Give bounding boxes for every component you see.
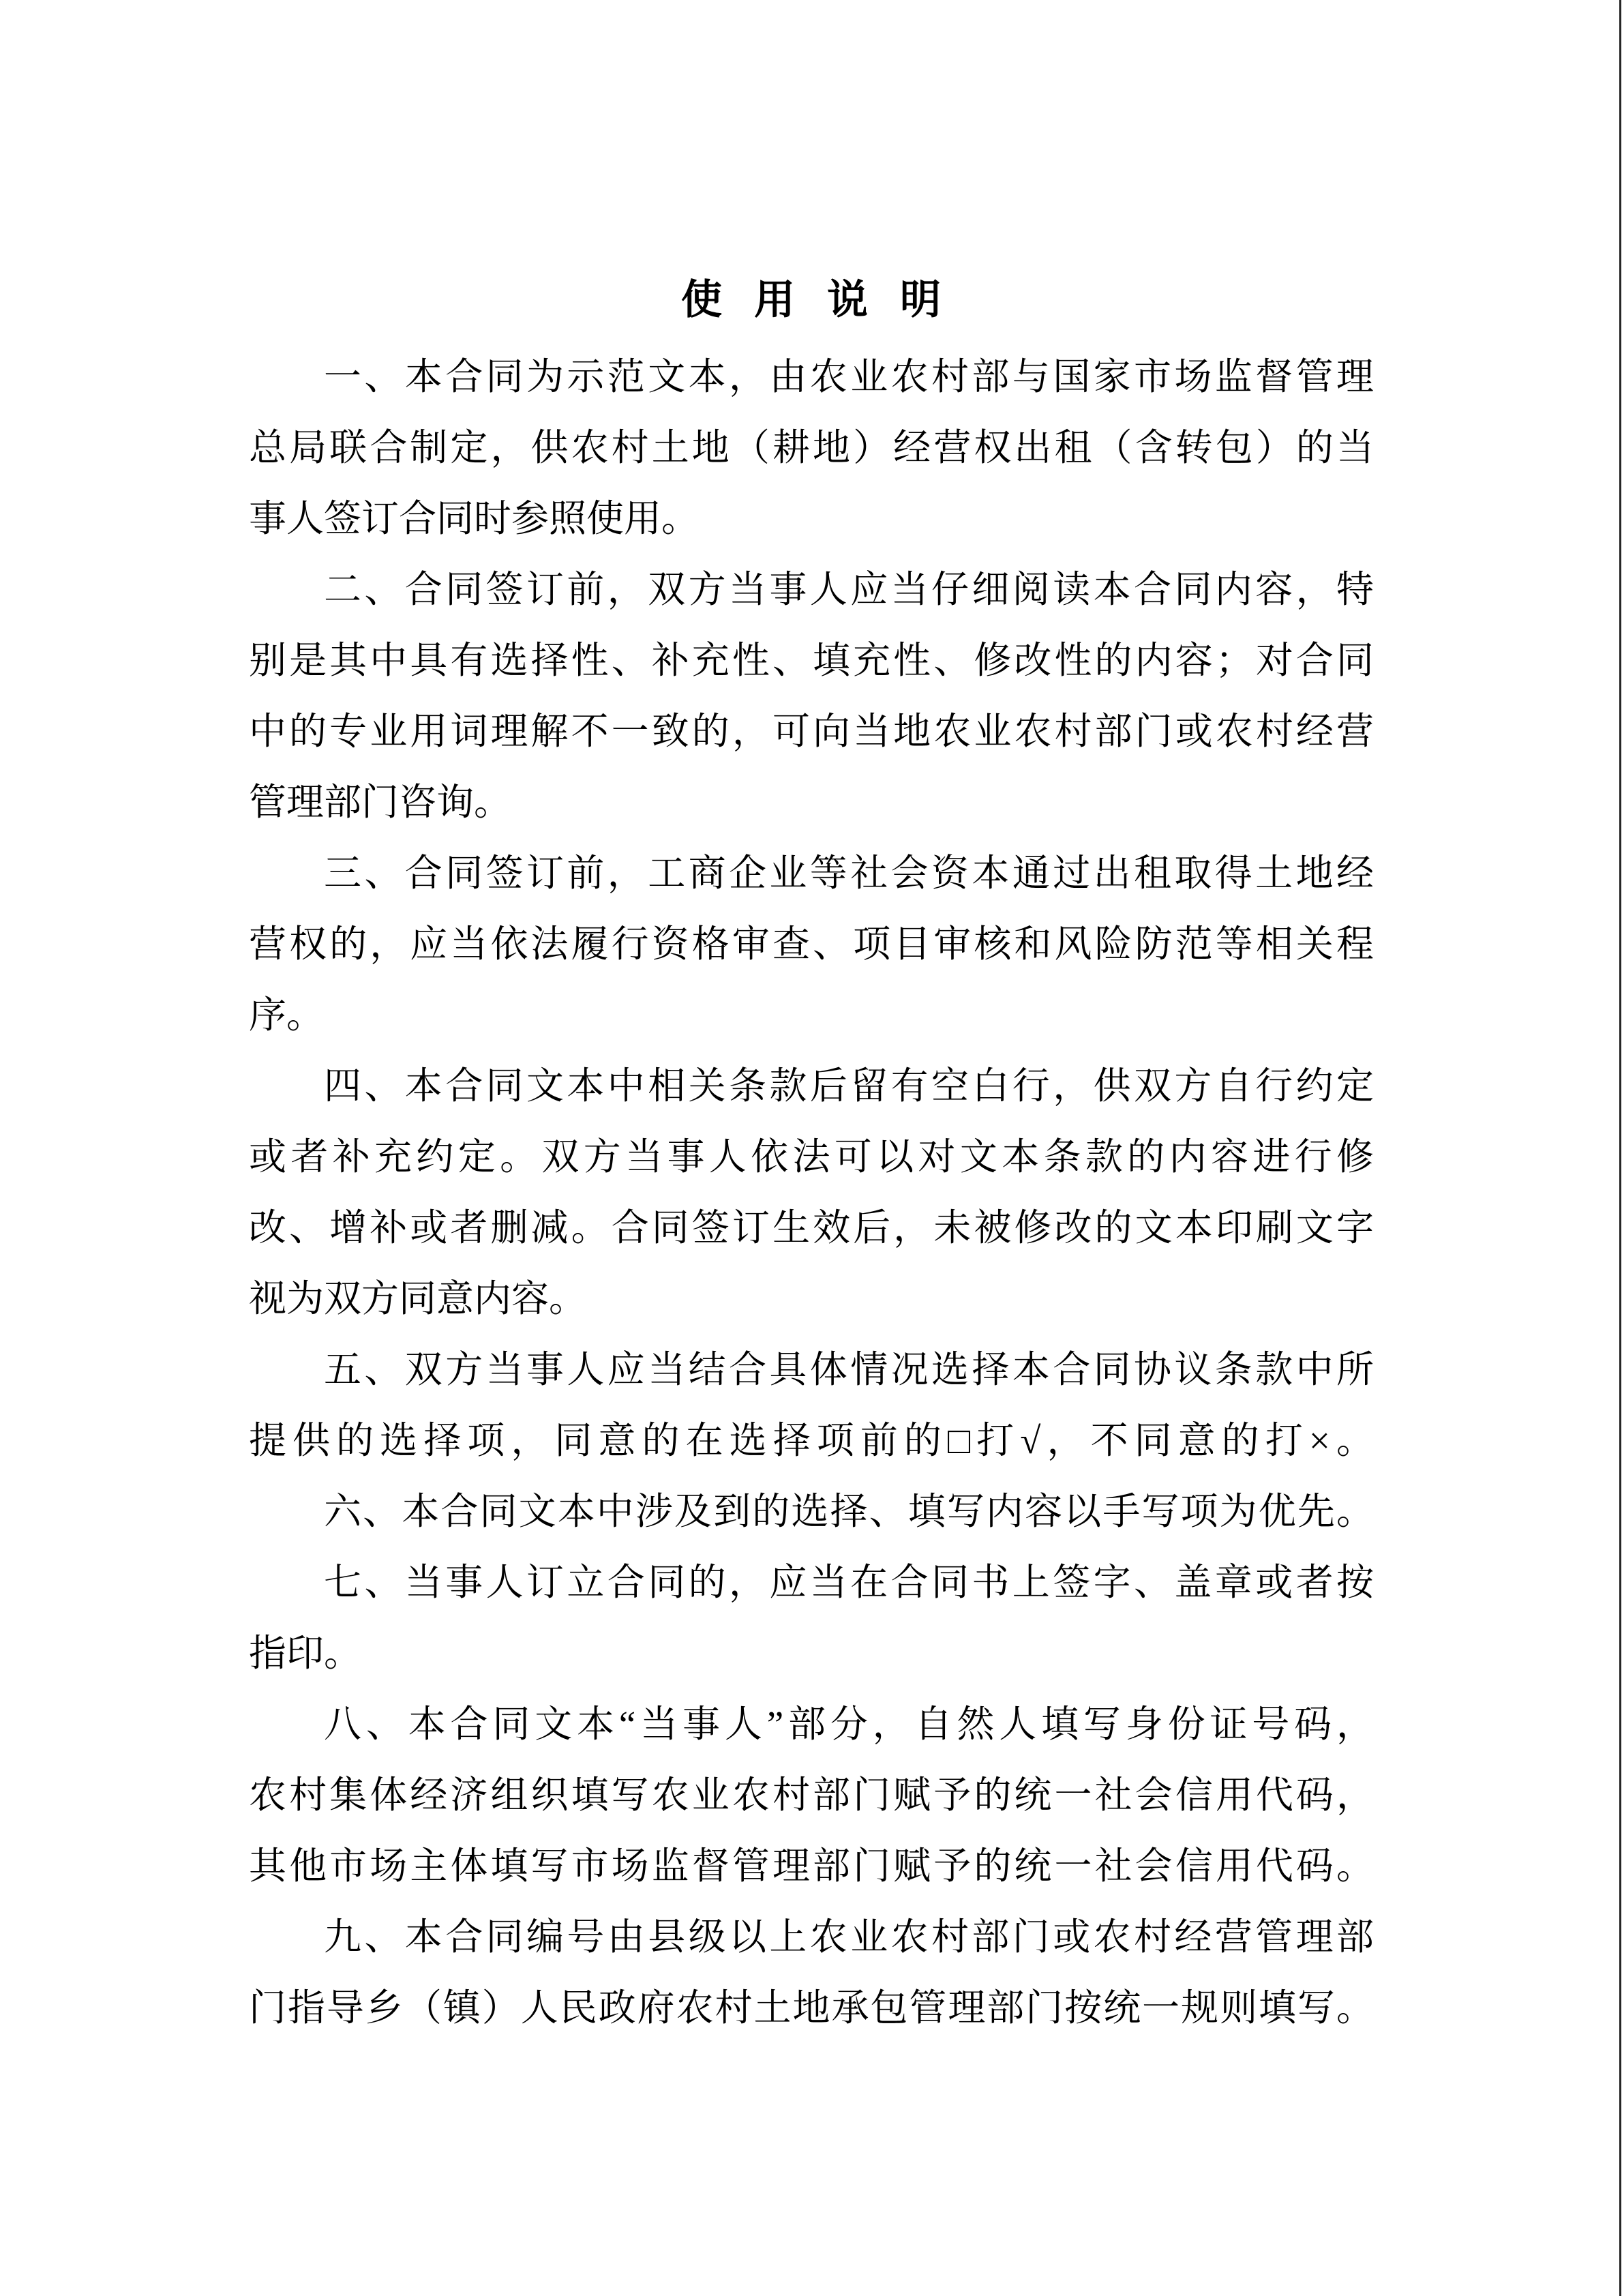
document-body: 一、本合同为示范文本，由农业农村部与国家市场监督管理 总局联合制定，供农村土地（… [249, 342, 1374, 2044]
text-line: 序。 [249, 980, 1374, 1051]
paragraph-1: 一、本合同为示范文本，由农业农村部与国家市场监督管理 总局联合制定，供农村土地（… [249, 342, 1374, 554]
text-line: 一、本合同为示范文本，由农业农村部与国家市场监督管理 [249, 342, 1374, 413]
page-edge-line [1619, 0, 1621, 2296]
text-line: 农村集体经济组织填写农业农村部门赋予的统一社会信用代码， [249, 1760, 1374, 1831]
text-line: 七、当事人订立合同的，应当在合同书上签字、盖章或者按 [249, 1547, 1374, 1618]
text-line: 指印。 [249, 1618, 1374, 1689]
text-line: 管理部门咨询。 [249, 767, 1374, 838]
text-line: 其他市场主体填写市场监督管理部门赋予的统一社会信用代码。 [249, 1831, 1374, 1902]
text-line: 事人签订合同时参照使用。 [249, 483, 1374, 554]
document-page: 使 用 说 明 一、本合同为示范文本，由农业农村部与国家市场监督管理 总局联合制… [0, 0, 1622, 2296]
text-line: 营权的，应当依法履行资格审查、项目审核和风险防范等相关程 [249, 909, 1374, 980]
text-line: 五、双方当事人应当结合具体情况选择本合同协议条款中所 [249, 1335, 1374, 1405]
text-line: 或者补充约定。双方当事人依法可以对文本条款的内容进行修 [249, 1122, 1374, 1193]
text-line: 二、合同签订前，双方当事人应当仔细阅读本合同内容，特 [249, 554, 1374, 625]
text-line: 视为双方同意内容。 [249, 1264, 1374, 1335]
text-line: 别是其中具有选择性、补充性、填充性、修改性的内容；对合同 [249, 625, 1374, 696]
text-line: 九、本合同编号由县级以上农业农村部门或农村经营管理部 [249, 1902, 1374, 1973]
text-line: 六、本合同文本中涉及到的选择、填写内容以手写项为优先。 [249, 1476, 1374, 1547]
text-line: 三、合同签订前，工商企业等社会资本通过出租取得土地经 [249, 838, 1374, 909]
paragraph-7: 七、当事人订立合同的，应当在合同书上签字、盖章或者按 指印。 [249, 1547, 1374, 1689]
page-title: 使 用 说 明 [249, 265, 1374, 336]
paragraph-2: 二、合同签订前，双方当事人应当仔细阅读本合同内容，特 别是其中具有选择性、补充性… [249, 554, 1374, 838]
paragraph-5: 五、双方当事人应当结合具体情况选择本合同协议条款中所 提供的选择项，同意的在选择… [249, 1335, 1374, 1476]
text-line: 四、本合同文本中相关条款后留有空白行，供双方自行约定 [249, 1051, 1374, 1122]
text-line: 提供的选择项，同意的在选择项前的□打√，不同意的打×。 [249, 1405, 1374, 1476]
text-line: 门指导乡（镇）人民政府农村土地承包管理部门按统一规则填写。 [249, 1973, 1374, 2044]
paragraph-4: 四、本合同文本中相关条款后留有空白行，供双方自行约定 或者补充约定。双方当事人依… [249, 1051, 1374, 1335]
paragraph-8: 八、本合同文本“当事人”部分，自然人填写身份证号码， 农村集体经济组织填写农业农… [249, 1689, 1374, 1902]
text-line: 总局联合制定，供农村土地（耕地）经营权出租（含转包）的当 [249, 413, 1374, 483]
text-line: 中的专业用词理解不一致的，可向当地农业农村部门或农村经营 [249, 696, 1374, 767]
text-line: 八、本合同文本“当事人”部分，自然人填写身份证号码， [249, 1689, 1374, 1760]
paragraph-9: 九、本合同编号由县级以上农业农村部门或农村经营管理部 门指导乡（镇）人民政府农村… [249, 1902, 1374, 2044]
text-line: 改、增补或者删减。合同签订生效后，未被修改的文本印刷文字 [249, 1193, 1374, 1264]
paragraph-3: 三、合同签订前，工商企业等社会资本通过出租取得土地经 营权的，应当依法履行资格审… [249, 838, 1374, 1051]
paragraph-6: 六、本合同文本中涉及到的选择、填写内容以手写项为优先。 [249, 1476, 1374, 1547]
